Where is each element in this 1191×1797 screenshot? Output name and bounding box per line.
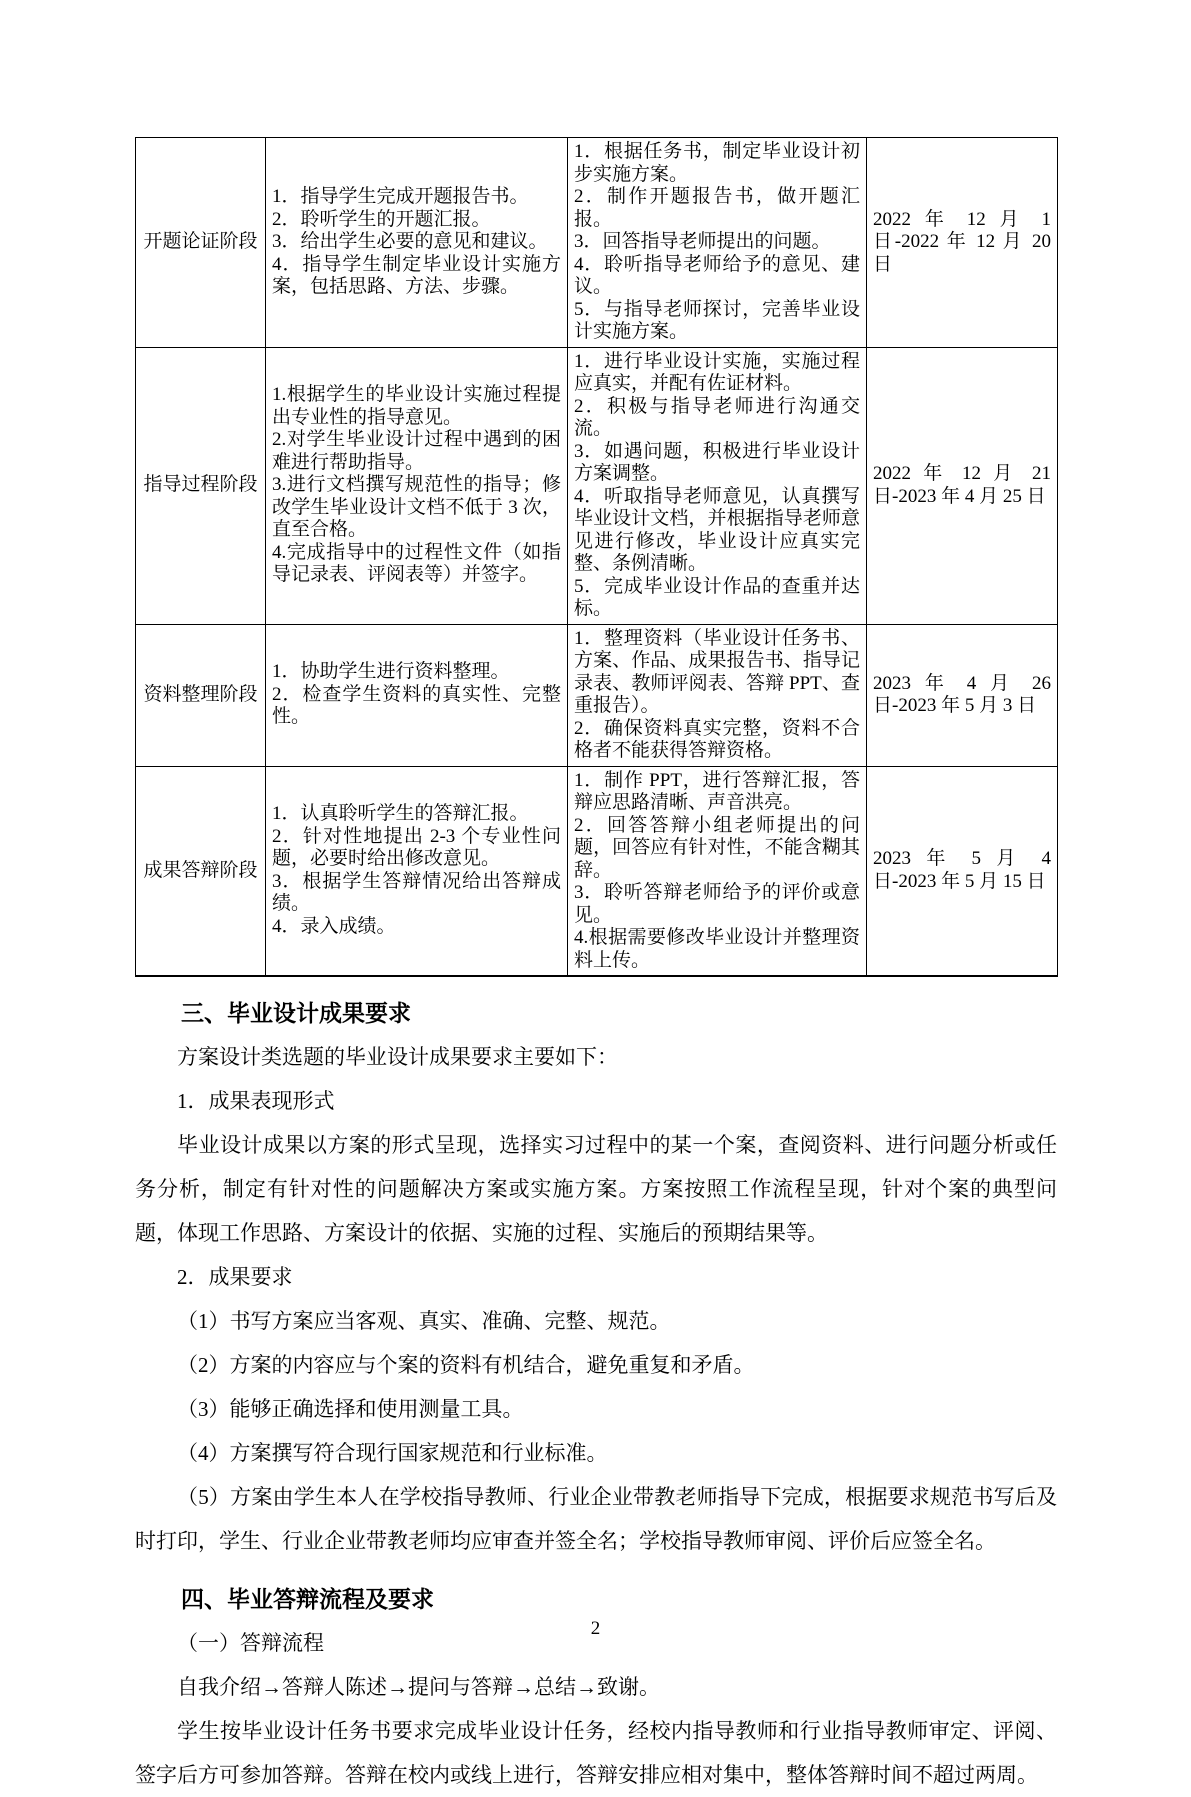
task-item: 5．完成毕业设计作品的查重并达标。 xyxy=(574,576,860,621)
task-item: 1．协助学生进行资料整理。 xyxy=(272,661,561,684)
defense-flow-steps: 自我介绍→答辩人陈述→提问与答辩→总结→致谢。 xyxy=(135,1665,1057,1709)
date-range-cell: 2023 年 4 月 26 日-2023 年 5 月 3 日 xyxy=(867,624,1058,766)
task-item: 3．如遇问题，积极进行毕业设计方案调整。 xyxy=(574,441,860,486)
task-item: 4．录入成绩。 xyxy=(272,916,561,939)
task-item: 1．指导学生完成开题报告书。 xyxy=(272,186,561,209)
task-item: 1.根据学生的毕业设计实施过程提出专业性的指导意见。 xyxy=(272,384,561,429)
outcome-form-title: 1．成果表现形式 xyxy=(135,1079,1057,1123)
table-row-opening-stage: 开题论证阶段 1．指导学生完成开题报告书。 2．聆听学生的开题汇报。 3．给出学… xyxy=(136,138,1058,348)
teacher-tasks-cell: 1．协助学生进行资料整理。 2．检查学生资料的真实性、完整性。 xyxy=(266,624,568,766)
section-defense-process: 四、毕业答辩流程及要求 （一）答辩流程 自我介绍→答辩人陈述→提问与答辩→总结→… xyxy=(135,1577,1057,1797)
table-row-materials-stage: 资料整理阶段 1．协助学生进行资料整理。 2．检查学生资料的真实性、完整性。 1… xyxy=(136,624,1058,766)
stage-name-cell: 成果答辩阶段 xyxy=(136,766,266,976)
stage-name-cell: 资料整理阶段 xyxy=(136,624,266,766)
task-item: 3．聆听答辩老师给予的评价或意见。 xyxy=(574,882,860,927)
date-range-cell: 2023 年 5 月 4 日-2023 年 5 月 15 日 xyxy=(867,766,1058,976)
teacher-tasks-cell: 1.根据学生的毕业设计实施过程提出专业性的指导意见。 2.对学生毕业设计过程中遇… xyxy=(266,347,568,624)
task-item: 2.对学生毕业设计过程中遇到的困难进行帮助指导。 xyxy=(272,429,561,474)
page-number: 2 xyxy=(0,1618,1191,1640)
task-item: 2．积极与指导老师进行沟通交流。 xyxy=(574,396,860,441)
student-tasks-cell: 1．整理资料（毕业设计任务书、方案、作品、成果报告书、指导记录表、教师评阅表、答… xyxy=(568,624,867,766)
requirement-item-5: （5）方案由学生本人在学校指导教师、行业企业带教老师指导下完成，根据要求规范书写… xyxy=(135,1475,1057,1563)
section-3-intro: 方案设计类选题的毕业设计成果要求主要如下： xyxy=(135,1035,1057,1079)
task-item: 5．与指导老师探讨，完善毕业设计实施方案。 xyxy=(574,299,860,344)
task-item: 2．聆听学生的开题汇报。 xyxy=(272,209,561,232)
requirement-item-2: （2）方案的内容应与个案的资料有机结合，避免重复和矛盾。 xyxy=(135,1343,1057,1387)
student-tasks-cell: 1．根据任务书，制定毕业设计初步实施方案。 2．制作开题报告书，做开题汇报。 3… xyxy=(568,138,867,348)
requirement-item-4: （4）方案撰写符合现行国家规范和行业标准。 xyxy=(135,1431,1057,1475)
section-4-heading: 四、毕业答辩流程及要求 xyxy=(135,1577,1057,1621)
section-outcome-requirements: 三、毕业设计成果要求 方案设计类选题的毕业设计成果要求主要如下： 1．成果表现形… xyxy=(135,991,1057,1563)
task-item: 2．回答答辩小组老师提出的问题，回答应有针对性，不能含糊其辞。 xyxy=(574,815,860,883)
task-item: 2．制作开题报告书，做开题汇报。 xyxy=(574,186,860,231)
task-item: 4．听取指导老师意见，认真撰写毕业设计文档，并根据指导老师意见进行修改，毕业设计… xyxy=(574,486,860,576)
student-tasks-cell: 1．制作 PPT，进行答辩汇报，答辩应思路清晰、声音洪亮。 2．回答答辩小组老师… xyxy=(568,766,867,976)
outcome-form-paragraph: 毕业设计成果以方案的形式呈现，选择实习过程中的某一个案，查阅资料、进行问题分析或… xyxy=(135,1123,1057,1255)
teacher-tasks-cell: 1．认真聆听学生的答辩汇报。 2．针对性地提出 2-3 个专业性问题，必要时给出… xyxy=(266,766,568,976)
task-item: 4.根据需要修改毕业设计并整理资料上传。 xyxy=(574,927,860,972)
date-range-cell: 2022 年 12 月 21 日-2023 年 4 月 25 日 xyxy=(867,347,1058,624)
task-item: 3.进行文档撰写规范性的指导；修改学生毕业设计文档不低于 3 次，直至合格。 xyxy=(272,474,561,542)
task-item: 4．聆听指导老师给予的意见、建议。 xyxy=(574,254,860,299)
stage-name-cell: 指导过程阶段 xyxy=(136,347,266,624)
date-range-cell: 2022 年 12 月 1 日-2022 年 12 月 20 日 xyxy=(867,138,1058,348)
task-item: 4.完成指导中的过程性文件（如指导记录表、评阅表等）并签字。 xyxy=(272,542,561,587)
task-item: 2．检查学生资料的真实性、完整性。 xyxy=(272,684,561,729)
requirement-item-3: （3）能够正确选择和使用测量工具。 xyxy=(135,1387,1057,1431)
table-row-defense-stage: 成果答辩阶段 1．认真聆听学生的答辩汇报。 2．针对性地提出 2-3 个专业性问… xyxy=(136,766,1058,976)
outcome-requirements-title: 2．成果要求 xyxy=(135,1255,1057,1299)
section-3-heading: 三、毕业设计成果要求 xyxy=(135,991,1057,1035)
task-item: 2．针对性地提出 2-3 个专业性问题，必要时给出修改意见。 xyxy=(272,826,561,871)
task-item: 1．进行毕业设计实施，实施过程应真实，并配有佐证材料。 xyxy=(574,351,860,396)
document-body: 三、毕业设计成果要求 方案设计类选题的毕业设计成果要求主要如下： 1．成果表现形… xyxy=(135,991,1057,1797)
task-item: 3．回答指导老师提出的问题。 xyxy=(574,231,860,254)
task-item: 2．确保资料真实完整，资料不合格者不能获得答辩资格。 xyxy=(574,718,860,763)
task-item: 3．根据学生答辩情况给出答辩成绩。 xyxy=(272,871,561,916)
graduation-design-schedule-table: 开题论证阶段 1．指导学生完成开题报告书。 2．聆听学生的开题汇报。 3．给出学… xyxy=(135,137,1058,977)
task-item: 3．给出学生必要的意见和建议。 xyxy=(272,231,561,254)
table-row-guidance-stage: 指导过程阶段 1.根据学生的毕业设计实施过程提出专业性的指导意见。 2.对学生毕… xyxy=(136,347,1058,624)
task-item: 1．整理资料（毕业设计任务书、方案、作品、成果报告书、指导记录表、教师评阅表、答… xyxy=(574,628,860,718)
task-item: 1．认真聆听学生的答辩汇报。 xyxy=(272,803,561,826)
stage-name-cell: 开题论证阶段 xyxy=(136,138,266,348)
requirement-item-1: （1）书写方案应当客观、真实、准确、完整、规范。 xyxy=(135,1299,1057,1343)
task-item: 1．制作 PPT，进行答辩汇报，答辩应思路清晰、声音洪亮。 xyxy=(574,770,860,815)
defense-requirements-paragraph: 学生按毕业设计任务书要求完成毕业设计任务，经校内指导教师和行业指导教师审定、评阅… xyxy=(135,1709,1057,1797)
document-page: 开题论证阶段 1．指导学生完成开题报告书。 2．聆听学生的开题汇报。 3．给出学… xyxy=(0,0,1191,1684)
task-item: 1．根据任务书，制定毕业设计初步实施方案。 xyxy=(574,141,860,186)
task-item: 4．指导学生制定毕业设计实施方案，包括思路、方法、步骤。 xyxy=(272,254,561,299)
student-tasks-cell: 1．进行毕业设计实施，实施过程应真实，并配有佐证材料。 2．积极与指导老师进行沟… xyxy=(568,347,867,624)
teacher-tasks-cell: 1．指导学生完成开题报告书。 2．聆听学生的开题汇报。 3．给出学生必要的意见和… xyxy=(266,138,568,348)
